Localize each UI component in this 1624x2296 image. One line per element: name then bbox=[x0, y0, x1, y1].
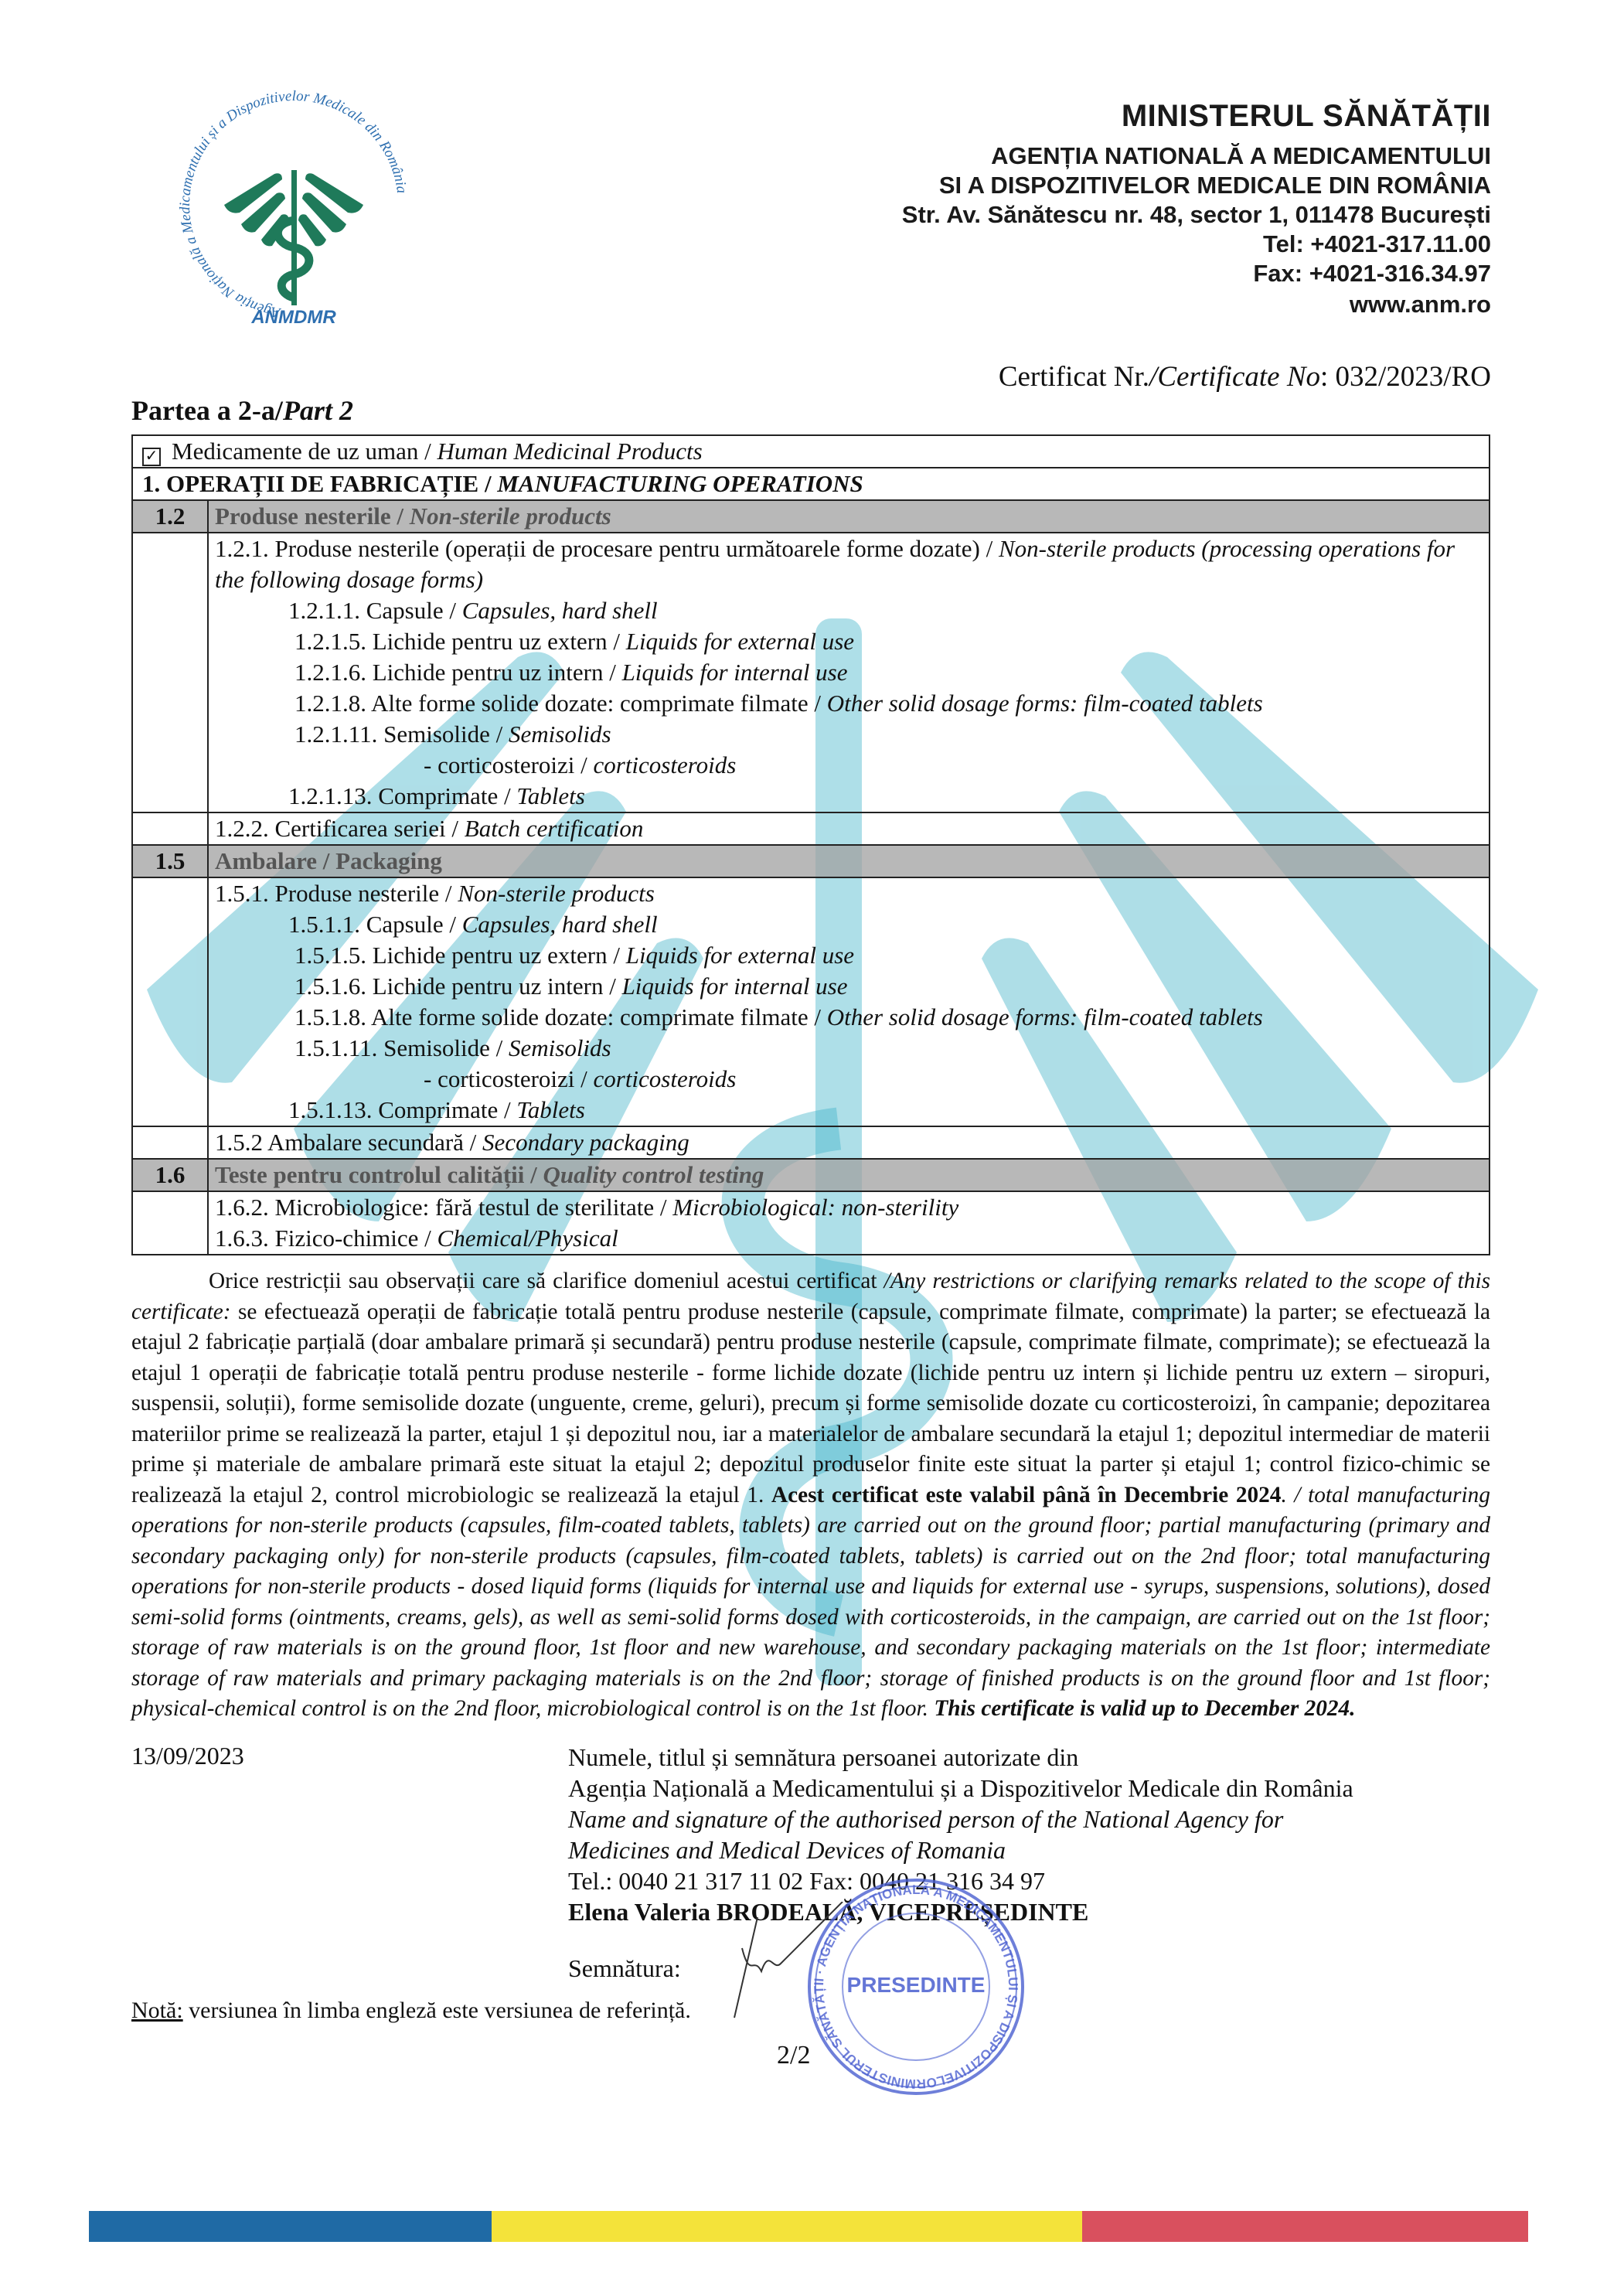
section-title-ro: 1. OPERAȚII DE FABRICAȚIE / bbox=[142, 470, 497, 497]
item-en: corticosteroids bbox=[594, 1065, 737, 1092]
official-stamp: MINISTERUL SĂNĂTĂȚII · AGENȚIA NAȚIONALĂ… bbox=[804, 1875, 1028, 2099]
item-en: Tablets bbox=[516, 782, 584, 809]
item-en: corticosteroids bbox=[594, 751, 737, 778]
item-ro: 1.2.2. Certificarea seriei / bbox=[215, 815, 465, 842]
issue-date: 13/09/2023 bbox=[131, 1742, 244, 1770]
content-cell: 1.6.2. Microbiologice: fără testul de st… bbox=[208, 1191, 1490, 1255]
item-ro: 1.6.3. Fizico-chimice / bbox=[215, 1225, 437, 1252]
agency-address: Str. Av. Sănătescu nr. 48, sector 1, 011… bbox=[902, 201, 1491, 229]
list-item: 1.2.2. Certificarea seriei / Batch certi… bbox=[215, 813, 1483, 844]
section-title-ro: Teste pentru controlul calității / bbox=[215, 1161, 543, 1188]
list-item: 1.2.1.13. Comprimate / Tablets bbox=[215, 781, 1483, 812]
svg-text:ANMDMR: ANMDMR bbox=[250, 307, 336, 328]
list-item: 1.5.1.8. Alte forme solide dozate: compr… bbox=[215, 1002, 1483, 1033]
part-label: Partea a 2-a/Part 2 bbox=[131, 394, 353, 427]
list-item: 1.2.1.1. Capsule / Capsules, hard shell bbox=[215, 595, 1483, 626]
item-en: Secondary packaging bbox=[482, 1129, 689, 1156]
flag-stripe bbox=[492, 2211, 1081, 2242]
content-cell: 1.5.1. Produse nesterile / Non-sterile p… bbox=[208, 877, 1490, 1126]
agency-name-line2: SI A DISPOZITIVELOR MEDICALE DIN ROMÂNIA bbox=[939, 172, 1491, 199]
item-en: Microbiological: non-sterility bbox=[672, 1194, 958, 1221]
section-header-row: 1.5Ambalare / Packaging bbox=[132, 845, 1490, 877]
section-title-ro: Ambalare / Packaging bbox=[215, 847, 442, 874]
flag-stripe bbox=[1082, 2211, 1528, 2242]
section-content-row: 1.2.1. Produse nesterile (operații de pr… bbox=[132, 533, 1490, 812]
sig-line-4: Medicines and Medical Devices of Romania bbox=[568, 1834, 1353, 1865]
list-item: 1.5.1.11. Semisolide / Semisolids bbox=[215, 1033, 1483, 1064]
section-header-row: 1.2Produse nesterile / Non-sterile produ… bbox=[132, 500, 1490, 533]
romanian-flag-bar bbox=[89, 2211, 1528, 2242]
item-ro: 1.5.1.1. Capsule / bbox=[288, 911, 462, 938]
item-en: Liquids for external use bbox=[626, 942, 854, 969]
agency-phone: Tel: +4021-317.11.00 bbox=[1263, 230, 1491, 258]
item-ro: 1.2.1.11. Semisolide / bbox=[294, 720, 509, 748]
empty-num-cell bbox=[132, 1191, 208, 1255]
section-content-row: 1.5.2 Ambalare secundară / Secondary pac… bbox=[132, 1126, 1490, 1159]
list-item: 1.5.1.5. Lichide pentru uz extern / Liqu… bbox=[215, 940, 1483, 971]
certificate-label-en: /Certificate No bbox=[1149, 361, 1320, 393]
item-en: Tablets bbox=[516, 1096, 584, 1123]
section-number: 1.2 bbox=[132, 500, 208, 533]
item-ro: 1.2.1.8. Alte forme solide dozate: compr… bbox=[294, 690, 827, 717]
checkbox-checked-icon[interactable]: ✓ bbox=[142, 448, 161, 466]
section-number: 1.5 bbox=[132, 845, 208, 877]
item-en: Capsules, hard shell bbox=[462, 911, 658, 938]
list-item: 1.5.2 Ambalare secundară / Secondary pac… bbox=[215, 1127, 1483, 1158]
section-title-row: 1. OPERAȚII DE FABRICAȚIE / MANUFACTURIN… bbox=[132, 468, 1490, 500]
section-content-row: 1.2.2. Certificarea seriei / Batch certi… bbox=[132, 812, 1490, 845]
section-header-row: 1.6Teste pentru controlul calității / Qu… bbox=[132, 1159, 1490, 1191]
certificate-number: Certificat Nr./Certificate No: 032/2023/… bbox=[999, 360, 1491, 393]
list-item: - corticosteroizi / corticosteroids bbox=[215, 1064, 1483, 1095]
remarks-intro-ro: Orice restricții sau observații care să … bbox=[209, 1269, 884, 1293]
section-title-en: Quality control testing bbox=[543, 1161, 764, 1188]
item-ro: - corticosteroizi / bbox=[424, 1065, 594, 1092]
signature-label: Semnătura: bbox=[568, 1954, 681, 1983]
section-title: Ambalare / Packaging bbox=[208, 845, 1490, 877]
sig-line-2: Agenția Națională a Medicamentului și a … bbox=[568, 1773, 1353, 1804]
item-en: Other solid dosage forms: film-coated ta… bbox=[827, 1003, 1263, 1030]
item-ro: 1.5.1.13. Comprimate / bbox=[288, 1096, 516, 1123]
item-ro: - corticosteroizi / bbox=[424, 751, 594, 778]
list-item: 1.5.1.6. Lichide pentru uz intern / Liqu… bbox=[215, 971, 1483, 1002]
item-ro: 1.6.2. Microbiologice: fără testul de st… bbox=[215, 1194, 672, 1221]
note-label: Notă: bbox=[131, 1998, 183, 2023]
certificate-number-value: : 032/2023/RO bbox=[1320, 361, 1491, 393]
list-item: 1.2.1. Produse nesterile (operații de pr… bbox=[215, 533, 1483, 595]
list-item: 1.2.1.6. Lichide pentru uz intern / Liqu… bbox=[215, 657, 1483, 688]
certificate-label-ro: Certificat Nr. bbox=[999, 361, 1149, 393]
list-item: 1.5.1.1. Capsule / Capsules, hard shell bbox=[215, 909, 1483, 940]
item-ro: 1.5.1.11. Semisolide / bbox=[294, 1034, 509, 1061]
item-en: Liquids for external use bbox=[626, 628, 854, 655]
item-en: Semisolids bbox=[509, 1034, 611, 1061]
sig-line-1: Numele, titlul și semnătura persoanei au… bbox=[568, 1742, 1353, 1773]
part-label-ro: Partea a 2-a/ bbox=[131, 395, 283, 426]
remarks-body-ro: se efectuează operații de fabricație tot… bbox=[131, 1300, 1490, 1507]
section-number: 1.6 bbox=[132, 1159, 208, 1191]
agency-website[interactable]: www.anm.ro bbox=[1350, 291, 1491, 319]
item-ro: 1.2.1.5. Lichide pentru uz extern / bbox=[294, 628, 626, 655]
item-ro: 1.5.1.6. Lichide pentru uz intern / bbox=[294, 973, 622, 1000]
note-text: versiunea în limba engleză este versiune… bbox=[183, 1998, 691, 2023]
list-item: 1.2.1.8. Alte forme solide dozate: compr… bbox=[215, 688, 1483, 719]
list-item: - corticosteroizi / corticosteroids bbox=[215, 750, 1483, 781]
item-ro: 1.5.1.5. Lichide pentru uz extern / bbox=[294, 942, 626, 969]
manufacturing-operations-table: ✓Medicamente de uz uman / Human Medicina… bbox=[131, 434, 1490, 1255]
validity-en: This certificate is valid up to December… bbox=[934, 1696, 1355, 1721]
item-en: Chemical/Physical bbox=[437, 1225, 618, 1252]
empty-num-cell bbox=[132, 877, 208, 1126]
list-item: 1.5.1.13. Comprimate / Tablets bbox=[215, 1095, 1483, 1126]
agency-name-line1: AGENȚIA NATIONALĂ A MEDICAMENTULUI bbox=[991, 142, 1491, 170]
anmdmr-logo: Agenția Națională a Medicamentului și a … bbox=[178, 77, 410, 332]
item-ro: 1.5.1.8. Alte forme solide dozate: compr… bbox=[294, 1003, 827, 1030]
flag-stripe bbox=[89, 2211, 492, 2242]
agency-fax: Fax: +4021-316.34.97 bbox=[1253, 260, 1491, 288]
content-cell: 1.5.2 Ambalare secundară / Secondary pac… bbox=[208, 1126, 1490, 1159]
section-title: Teste pentru controlul calității / Quali… bbox=[208, 1159, 1490, 1191]
part-label-en: Part 2 bbox=[283, 395, 353, 426]
item-en: Semisolids bbox=[509, 720, 611, 748]
list-item: 1.2.1.5. Lichide pentru uz extern / Liqu… bbox=[215, 626, 1483, 657]
product-type-en: Human Medicinal Products bbox=[437, 438, 702, 465]
section-title-en: Non-sterile products bbox=[410, 502, 611, 530]
item-en: Liquids for internal use bbox=[622, 659, 848, 686]
item-en: Batch certification bbox=[465, 815, 644, 842]
list-item: 1.6.2. Microbiologice: fără testul de st… bbox=[215, 1192, 1483, 1223]
item-ro: 1.2.1.1. Capsule / bbox=[288, 597, 462, 624]
section-content-row: 1.5.1. Produse nesterile / Non-sterile p… bbox=[132, 877, 1490, 1126]
item-ro: 1.2.1.13. Comprimate / bbox=[288, 782, 516, 809]
item-en: Liquids for internal use bbox=[622, 973, 848, 1000]
section-title: Produse nesterile / Non-sterile products bbox=[208, 500, 1490, 533]
validity-ro: Acest certificat este valabil până în De… bbox=[771, 1483, 1282, 1507]
item-ro: 1.2.1. Produse nesterile (operații de pr… bbox=[215, 535, 999, 562]
item-en: Other solid dosage forms: film-coated ta… bbox=[827, 690, 1263, 717]
section-title-en: MANUFACTURING OPERATIONS bbox=[497, 470, 863, 497]
list-item: 1.6.3. Fizico-chimice / Chemical/Physica… bbox=[215, 1223, 1483, 1254]
list-item: 1.5.1. Produse nesterile / Non-sterile p… bbox=[215, 878, 1483, 909]
empty-num-cell bbox=[132, 812, 208, 845]
item-ro: 1.5.2 Ambalare secundară / bbox=[215, 1129, 482, 1156]
remarks-paragraph: Orice restricții sau observații care să … bbox=[131, 1266, 1490, 1725]
empty-num-cell bbox=[132, 533, 208, 812]
empty-num-cell bbox=[132, 1126, 208, 1159]
remarks-body-en: . / total manufacturing operations for n… bbox=[131, 1483, 1490, 1722]
svg-text:PRESEDINTE: PRESEDINTE bbox=[847, 1973, 986, 1997]
product-type-row: ✓Medicamente de uz uman / Human Medicina… bbox=[132, 435, 1490, 468]
section-title-ro: Produse nesterile / bbox=[215, 502, 410, 530]
content-cell: 1.2.2. Certificarea seriei / Batch certi… bbox=[208, 812, 1490, 845]
item-en: Non-sterile products bbox=[458, 880, 655, 907]
product-type-ro: Medicamente de uz uman / bbox=[172, 438, 437, 465]
ministry-name: MINISTERUL SĂNĂTĂȚII bbox=[1122, 99, 1491, 134]
list-item: 1.2.1.11. Semisolide / Semisolids bbox=[215, 719, 1483, 750]
item-ro: 1.5.1. Produse nesterile / bbox=[215, 880, 458, 907]
sig-line-3: Name and signature of the authorised per… bbox=[568, 1804, 1353, 1834]
section-content-row: 1.6.2. Microbiologice: fără testul de st… bbox=[132, 1191, 1490, 1255]
reference-note: Notă: versiunea în limba engleză este ve… bbox=[131, 1998, 691, 2024]
item-en: Capsules, hard shell bbox=[462, 597, 658, 624]
item-ro: 1.2.1.6. Lichide pentru uz intern / bbox=[294, 659, 622, 686]
content-cell: 1.2.1. Produse nesterile (operații de pr… bbox=[208, 533, 1490, 812]
